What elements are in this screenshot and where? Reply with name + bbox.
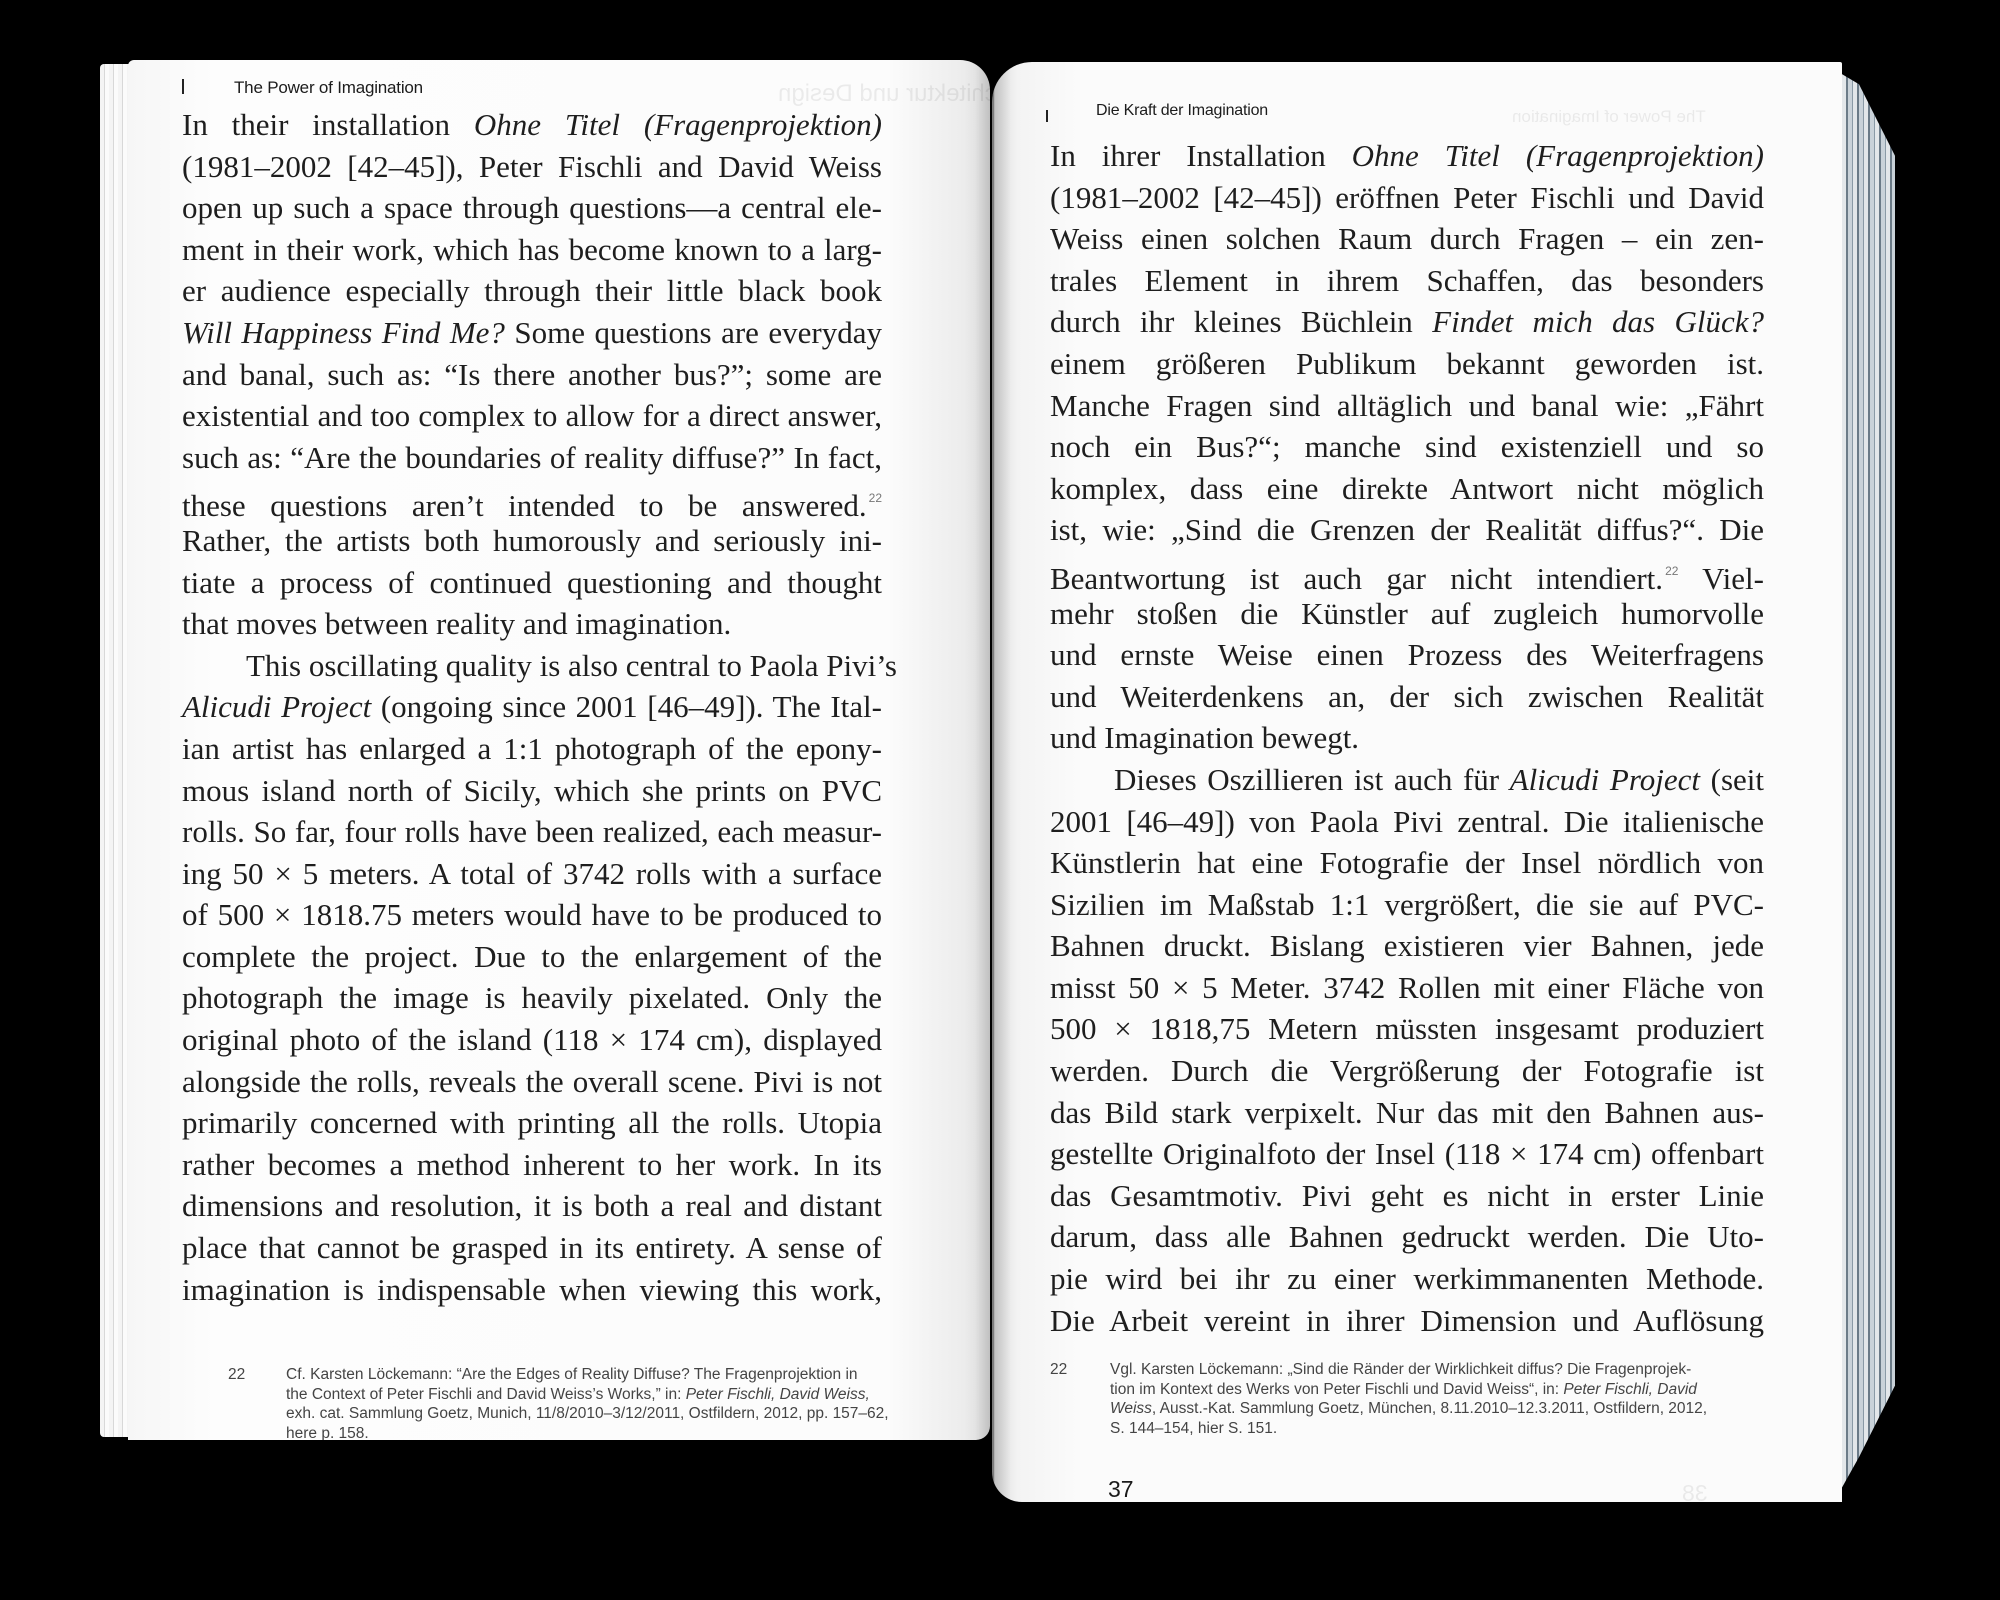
text-line: Will Happiness Find Me? Some questions a… (182, 312, 882, 354)
text-run: mous island north of Sicily, which she p… (182, 773, 882, 808)
italic-title: Alicudi Project (182, 689, 371, 724)
footnote-line: Weiss, Ausst.-Kat. Sammlung Goetz, Münch… (1110, 1399, 1830, 1419)
footnote-number: 22 (228, 1365, 245, 1385)
footnote-line: tion im Kontext des Werks von Peter Fisc… (1110, 1380, 1830, 1400)
footnote-line: S. 144–154, hier S. 151. (1110, 1419, 1830, 1439)
text-line: komplex, dass eine direkte Antwort nicht… (1050, 468, 1764, 510)
italic-title: Weiss (1110, 1400, 1152, 1417)
footnote-number: 22 (1050, 1360, 1067, 1380)
text-run: place that cannot be grasped in its enti… (182, 1230, 882, 1265)
text-run: these questions aren’t intended to be an… (182, 488, 867, 523)
body-text: In ihrer Installation Ohne Titel (Fragen… (1050, 135, 1764, 1341)
text-run: durch ihr kleines Büchlein (1050, 304, 1432, 339)
text-line: open up such a space through questions—a… (182, 187, 882, 229)
text-run: tion im Kontext des Werks von Peter Fisc… (1110, 1381, 1563, 1398)
footnote-body: Vgl. Karsten Löckemann: „Sind die Ränder… (1110, 1360, 1830, 1438)
text-run: und ernste Weise einen Prozess des Weite… (1050, 637, 1764, 672)
text-line: and banal, such as: “Is there another bu… (182, 354, 882, 396)
text-line: ing 50 × 5 meters. A total of 3742 rolls… (182, 853, 882, 895)
text-line: 500 × 1818,75 Metern müssten insgesamt p… (1050, 1008, 1764, 1050)
text-run: Some questions are everyday (505, 315, 882, 350)
text-line: ment in their work, which has become kno… (182, 229, 882, 271)
running-head-title: Die Kraft der Imagination (1096, 102, 1268, 120)
text-run: Die Arbeit vereint in ihrer Dimension un… (1050, 1303, 1764, 1338)
italic-title: Peter Fischli, David Weiss, (686, 1386, 870, 1403)
text-line: ist, wie: „Sind die Grenzen der Realität… (1050, 509, 1764, 551)
text-run: open up such a space through questions—a… (182, 190, 882, 225)
text-run: ist, wie: „Sind die Grenzen der Realität… (1050, 512, 1764, 547)
text-line: Künstlerin hat eine Fotografie der Insel… (1050, 842, 1764, 884)
text-line: und ernste Weise einen Prozess des Weite… (1050, 634, 1764, 676)
text-run: complete the project. Due to the enlarge… (182, 939, 882, 974)
text-run: rolls. So far, four rolls have been real… (182, 814, 882, 849)
text-run: ment in their work, which has become kno… (182, 232, 882, 267)
text-run: (1981–2002 [42–45]), Peter Fischli and D… (182, 149, 882, 184)
text-line: mehr stoßen die Künstler auf zugleich hu… (1050, 593, 1764, 635)
text-run: Cf. Karsten Löckemann: “Are the Edges of… (286, 1366, 858, 1383)
section-marker (182, 79, 184, 94)
text-line: rather becomes a method inherent to her … (182, 1144, 882, 1186)
text-run: that moves between reality and imaginati… (182, 606, 731, 641)
italic-title: Ohne Titel (Fragenprojektion) (1352, 138, 1764, 173)
text-line: mous island north of Sicily, which she p… (182, 770, 882, 812)
text-line: rolls. So far, four rolls have been real… (182, 811, 882, 853)
italic-title: Peter Fischli, David (1563, 1381, 1697, 1398)
text-run: einem größeren Publikum bekannt geworden… (1050, 346, 1764, 381)
text-line: Beantwortung ist auch gar nicht intendie… (1050, 551, 1764, 593)
text-run: (ongoing since 2001 [46–49]). The Ital- (371, 689, 882, 724)
text-run: Künstlerin hat eine Fotografie der Insel… (1050, 845, 1764, 880)
text-run: the Context of Peter Fischli and David W… (286, 1386, 686, 1403)
text-run: In their installation (182, 107, 474, 142)
footnote-line: exh. cat. Sammlung Goetz, Munich, 11/8/2… (286, 1404, 986, 1424)
page-number: 37 (1108, 1476, 1134, 1502)
text-line: (1981–2002 [42–45]) eröffnen Peter Fisch… (1050, 177, 1764, 219)
text-line: Manche Fragen sind alltäglich und banal … (1050, 385, 1764, 427)
text-run: original photo of the island (118 × 174 … (182, 1022, 882, 1057)
text-line: einem größeren Publikum bekannt geworden… (1050, 343, 1764, 385)
body-text: In their installation Ohne Titel (Fragen… (182, 104, 882, 1310)
text-line: that moves between reality and imaginati… (182, 603, 882, 645)
text-run: such as: “Are the boundaries of reality … (182, 440, 882, 475)
text-line: alongside the rolls, reveals the overall… (182, 1061, 882, 1103)
text-run: , Ausst.-Kat. Sammlung Goetz, München, 8… (1152, 1400, 1707, 1417)
text-run: This oscillating quality is also central… (246, 648, 897, 683)
text-line: misst 50 × 5 Meter. 3742 Rollen mit eine… (1050, 967, 1764, 1009)
italic-title: Alicudi Project (1510, 762, 1700, 797)
text-line: und Imagination bewegt. (1050, 717, 1764, 759)
text-line: In ihrer Installation Ohne Titel (Fragen… (1050, 135, 1764, 177)
text-run: rather becomes a method inherent to her … (182, 1147, 882, 1182)
text-run: darum, dass alle Bahnen gedruckt werden.… (1050, 1219, 1764, 1254)
text-line: ian artist has enlarged a 1:1 photograph… (182, 728, 882, 770)
text-line: durch ihr kleines Büchlein Findet mich d… (1050, 301, 1764, 343)
section-marker (1046, 110, 1048, 122)
text-line: Sizilien im Maßstab 1:1 vergrößert, die … (1050, 884, 1764, 926)
footnote-line: Cf. Karsten Löckemann: “Are the Edges of… (286, 1365, 986, 1385)
text-line: primarily concerned with printing all th… (182, 1102, 882, 1144)
text-line: Alicudi Project (ongoing since 2001 [46–… (182, 686, 882, 728)
italic-title: Findet mich das Glück? (1432, 304, 1764, 339)
footnote-body: Cf. Karsten Löckemann: “Are the Edges of… (286, 1365, 986, 1440)
text-run: misst 50 × 5 Meter. 3742 Rollen mit eine… (1050, 970, 1764, 1005)
text-line: werden. Durch die Vergrößerung der Fotog… (1050, 1050, 1764, 1092)
text-line: tiate a process of continued questioning… (182, 562, 882, 604)
italic-title: Will Happiness Find Me? (182, 315, 505, 350)
right-page-edges (1835, 70, 1895, 1500)
text-line: original photo of the island (118 × 174 … (182, 1019, 882, 1061)
text-run: noch ein Bus?“; manche sind existenziell… (1050, 429, 1764, 464)
text-run: Sizilien im Maßstab 1:1 vergrößert, die … (1050, 887, 1764, 922)
text-line: Rather, the artists both humorously and … (182, 520, 882, 562)
text-run: of 500 × 1818.75 meters would have to be… (182, 897, 882, 932)
text-line: of 500 × 1818.75 meters would have to be… (182, 894, 882, 936)
text-line: das Bild stark verpixelt. Nur das mit de… (1050, 1092, 1764, 1134)
text-run: existential and too complex to allow for… (182, 398, 882, 433)
text-run: Viel- (1678, 561, 1764, 596)
text-run: Beantwortung ist auch gar nicht intendie… (1050, 561, 1663, 596)
text-line: In their installation Ohne Titel (Fragen… (182, 104, 882, 146)
text-run: er audience especially through their lit… (182, 273, 882, 308)
text-run: gestellte Originalfoto der Insel (118 × … (1050, 1136, 1764, 1171)
running-head-title: The Power of Imagination (234, 78, 423, 98)
footnote-line: the Context of Peter Fischli and David W… (286, 1385, 986, 1405)
text-run: ian artist has enlarged a 1:1 photograph… (182, 731, 882, 766)
text-run: und Imagination bewegt. (1050, 720, 1359, 755)
text-run: 500 × 1818,75 Metern müssten insgesamt p… (1050, 1011, 1764, 1046)
text-run: photograph the image is heavily pixelate… (182, 980, 882, 1015)
text-run: Rather, the artists both humorously and … (182, 523, 882, 558)
show-through-page-number: 38 (1682, 1480, 1708, 1502)
book-gutter (975, 60, 1011, 1500)
text-run: mehr stoßen die Künstler auf zugleich hu… (1050, 596, 1764, 631)
text-line: imagination is indispensable when viewin… (182, 1269, 882, 1311)
text-line: darum, dass alle Bahnen gedruckt werden.… (1050, 1216, 1764, 1258)
text-run: exh. cat. Sammlung Goetz, Munich, 11/8/2… (286, 1405, 889, 1422)
text-line: trales Element in ihrem Schaffen, das be… (1050, 260, 1764, 302)
text-line: (1981–2002 [42–45]), Peter Fischli and D… (182, 146, 882, 188)
footnote-reference[interactable]: 22 (1665, 564, 1678, 578)
text-run: 2001 [46–49]) von Paola Pivi zentral. Di… (1050, 804, 1764, 839)
text-run: das Gesamtmotiv. Pivi geht es nicht in e… (1050, 1178, 1764, 1213)
text-run: werden. Durch die Vergrößerung der Fotog… (1050, 1053, 1764, 1088)
text-run: alongside the rolls, reveals the overall… (182, 1064, 882, 1099)
text-line: these questions aren’t intended to be an… (182, 478, 882, 520)
text-line: gestellte Originalfoto der Insel (118 × … (1050, 1133, 1764, 1175)
text-run: dimensions and resolution, it is both a … (182, 1188, 882, 1223)
text-run: In ihrer Installation (1050, 138, 1352, 173)
text-run: here p. 158. (286, 1425, 369, 1441)
text-run: komplex, dass eine direkte Antwort nicht… (1050, 471, 1764, 506)
show-through-running-head: The Power of Imagination (1512, 107, 1706, 127)
text-run: primarily concerned with printing all th… (182, 1105, 882, 1140)
text-line: Bahnen druckt. Bislang existieren vier B… (1050, 925, 1764, 967)
footnote-line: Vgl. Karsten Löckemann: „Sind die Ränder… (1110, 1360, 1830, 1380)
text-line: dimensions and resolution, it is both a … (182, 1185, 882, 1227)
text-line: und Weiterdenkens an, der sich zwischen … (1050, 676, 1764, 718)
text-line: Weiss einen solchen Raum durch Fragen – … (1050, 218, 1764, 260)
footnote-reference[interactable]: 22 (869, 491, 882, 505)
text-run: imagination is indispensable when viewin… (182, 1272, 882, 1307)
text-run: und Weiterdenkens an, der sich zwischen … (1050, 679, 1764, 714)
right-page: The Power of Imagination Die Kraft der I… (992, 62, 1842, 1502)
footnote-line: here p. 158. (286, 1424, 986, 1441)
text-line: This oscillating quality is also central… (182, 645, 882, 687)
text-run: Manche Fragen sind alltäglich und banal … (1050, 388, 1764, 423)
text-run: trales Element in ihrem Schaffen, das be… (1050, 263, 1764, 298)
text-line: place that cannot be grasped in its enti… (182, 1227, 882, 1269)
text-run: tiate a process of continued questioning… (182, 565, 882, 600)
text-line: er audience especially through their lit… (182, 270, 882, 312)
text-run: and banal, such as: “Is there another bu… (182, 357, 882, 392)
text-line: noch ein Bus?“; manche sind existenziell… (1050, 426, 1764, 468)
text-line: das Gesamtmotiv. Pivi geht es nicht in e… (1050, 1175, 1764, 1217)
text-line: Die Arbeit vereint in ihrer Dimension un… (1050, 1300, 1764, 1342)
left-page: Was, wenn ...? Zum Utopischen in Kunst, … (128, 60, 990, 1440)
text-run: S. 144–154, hier S. 151. (1110, 1420, 1277, 1437)
italic-title: Ohne Titel (Fragenprojektion) (474, 107, 882, 142)
text-run: (seit (1700, 762, 1764, 797)
text-line: existential and too complex to allow for… (182, 395, 882, 437)
text-line: 2001 [46–49]) von Paola Pivi zentral. Di… (1050, 801, 1764, 843)
text-line: photograph the image is heavily pixelate… (182, 977, 882, 1019)
text-run: pie wird bei ihr zu einer werkimmanenten… (1050, 1261, 1764, 1296)
text-run: (1981–2002 [42–45]) eröffnen Peter Fisch… (1050, 180, 1764, 215)
text-run: Vgl. Karsten Löckemann: „Sind die Ränder… (1110, 1361, 1691, 1378)
text-line: pie wird bei ihr zu einer werkimmanenten… (1050, 1258, 1764, 1300)
text-run: Dieses Oszillieren ist auch für (1114, 762, 1510, 797)
text-line: such as: “Are the boundaries of reality … (182, 437, 882, 479)
text-run: Weiss einen solchen Raum durch Fragen – … (1050, 221, 1764, 256)
text-line: complete the project. Due to the enlarge… (182, 936, 882, 978)
text-run: das Bild stark verpixelt. Nur das mit de… (1050, 1095, 1764, 1130)
text-line: Dieses Oszillieren ist auch für Alicudi … (1050, 759, 1764, 801)
text-run: Bahnen druckt. Bislang existieren vier B… (1050, 928, 1764, 963)
text-run: ing 50 × 5 meters. A total of 3742 rolls… (182, 856, 882, 891)
